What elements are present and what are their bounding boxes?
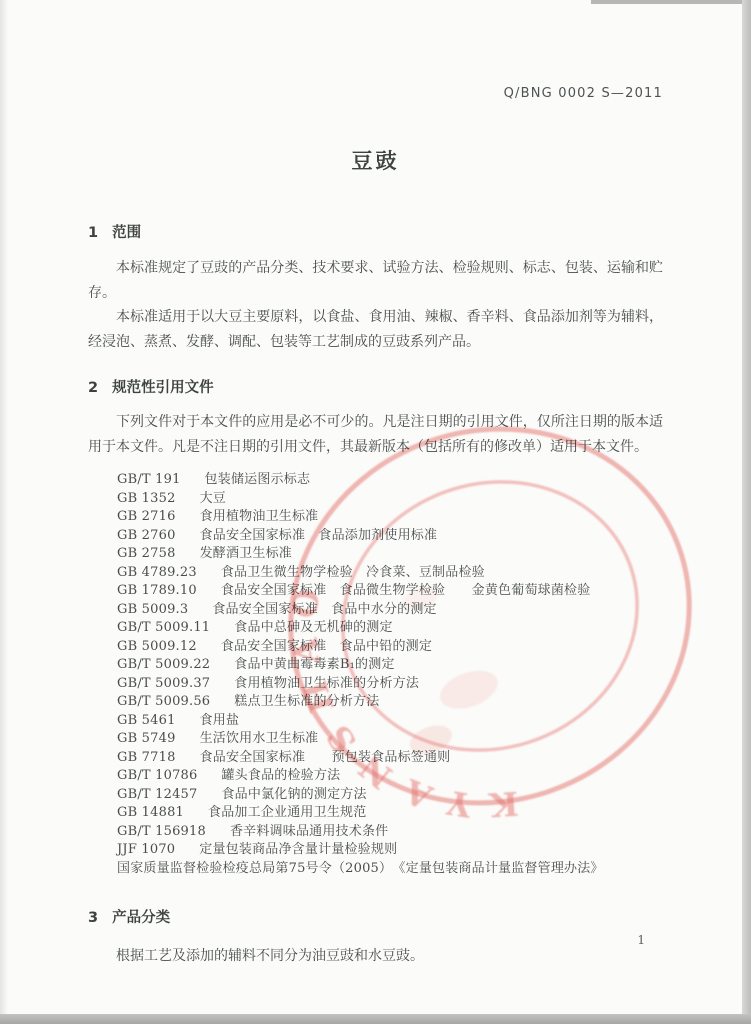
reference-title: 大豆: [200, 491, 226, 506]
section-1-paragraph-1: 本标准规定了豆豉的产品分类、技术要求、试验方法、检验规则、标志、包装、运输和贮存…: [88, 256, 663, 305]
normative-references-list: GB/T 191包装储运图示标志 GB 1352大豆 GB 2716食用植物油卫…: [117, 471, 663, 878]
section-3-label: 产品分类: [112, 910, 170, 926]
reference-title: 食品中总砷及无机砷的测定: [234, 620, 392, 635]
reference-code: GB/T 5009.11: [117, 620, 210, 635]
standard-code: Q/BNG 0002 S—2011: [88, 86, 663, 101]
reference-item: GB/T 156918香辛料调味品通用技术条件: [117, 823, 663, 842]
reference-code: GB/T 12457: [117, 787, 197, 802]
reference-code: GB 1789.10: [117, 583, 197, 598]
page-number: 1: [637, 933, 645, 947]
reference-title: 罐头食品的检验方法: [221, 768, 340, 783]
reference-item: GB/T 5009.11食品中总砷及无机砷的测定: [117, 619, 663, 638]
reference-code: GB 7718: [117, 750, 176, 765]
reference-title: 糕点卫生标准的分析方法: [234, 694, 379, 709]
reference-title: 发酵酒卫生标准: [200, 546, 292, 561]
section-2-paragraph-1: 下列文件对于本文件的应用是必不可少的。凡是注日期的引用文件，仅所注日期的版本适用…: [88, 410, 663, 459]
reference-code: JJF 1070: [117, 842, 175, 857]
reference-title: 生活饮用水卫生标准: [200, 731, 319, 746]
reference-item: GB 1352大豆: [117, 490, 663, 509]
reference-item: GB/T 12457食品中氯化钠的测定方法: [117, 786, 663, 805]
section-3-heading: 3产品分类: [88, 906, 663, 927]
reference-item: GB/T 5009.37食用植物油卫生标准的分析方法: [117, 675, 663, 694]
reference-item: GB 2760食品安全国家标准 食品添加剂使用标准: [117, 527, 663, 546]
reference-item: GB/T 5009.22食品中黄曲霉毒素B₁的测定: [117, 656, 663, 675]
page-content: Q/BNG 0002 S—2011 豆豉 1范围 本标准规定了豆豉的产品分类、技…: [0, 0, 751, 1024]
reference-title: 食用盐: [200, 713, 240, 728]
reference-code: GB/T 5009.56: [117, 694, 210, 709]
scan-edge-top-right: [591, 0, 751, 4]
scan-edge-right: [742, 0, 751, 1024]
reference-title: 食品安全国家标准 食品中铅的测定: [221, 639, 432, 654]
reference-title: 食品安全国家标准 食品微生物学检验 金黄色葡萄球菌检验: [221, 583, 591, 598]
reference-code: GB 2760: [117, 528, 176, 543]
reference-title: 食品安全国家标准 食品添加剂使用标准: [200, 528, 438, 543]
reference-item: GB 14881食品加工企业通用卫生规范: [117, 804, 663, 823]
reference-code: GB 4789.23: [117, 565, 197, 580]
reference-item: GB 2716食用植物油卫生标准: [117, 508, 663, 527]
reference-item: 国家质量监督检验检疫总局第75号令（2005） 《定量包装商品计量监督管理办法》: [117, 860, 663, 879]
section-1-label: 范围: [112, 225, 141, 241]
reference-code: GB 14881: [117, 805, 184, 820]
reference-code: GB/T 10786: [117, 768, 197, 783]
reference-code: GB 1352: [117, 491, 176, 506]
reference-item: GB 4789.23食品卫生微生物学检验 冷食菜、豆制品检验: [117, 564, 663, 583]
reference-code: GB/T 191: [117, 472, 181, 487]
reference-title: 食品加工企业通用卫生规范: [208, 805, 366, 820]
reference-title: 食用植物油卫生标准: [200, 509, 319, 524]
reference-title: 食品中氯化钠的测定方法: [221, 787, 366, 802]
reference-item: JJF 1070定量包装商品净含量计量检验规则: [117, 841, 663, 860]
reference-title: 食品卫生微生物学检验 冷食菜、豆制品检验: [221, 565, 485, 580]
reference-item: GB/T 10786罐头食品的检验方法: [117, 767, 663, 786]
section-1-heading: 1范围: [88, 221, 663, 242]
reference-item: GB 5749生活饮用水卫生标准: [117, 730, 663, 749]
reference-code: GB 2758: [117, 546, 176, 561]
reference-title: 香辛料调味品通用技术条件: [230, 824, 388, 839]
reference-title: 定量包装商品净含量计量检验规则: [199, 842, 397, 857]
reference-item: GB 5461食用盐: [117, 712, 663, 731]
reference-code: GB/T 156918: [117, 824, 206, 839]
reference-title: 食品中黄曲霉毒素B₁的测定: [234, 657, 394, 672]
reference-code: GB 2716: [117, 509, 176, 524]
reference-item: GB/T 191包装储运图示标志: [117, 471, 663, 490]
section-3-number: 3: [88, 910, 98, 926]
reference-title: 食品安全国家标准 食品中水分的测定: [212, 602, 436, 617]
section-1-number: 1: [88, 225, 98, 241]
reference-code: GB 5461: [117, 713, 176, 728]
section-2-label: 规范性引用文件: [112, 380, 214, 396]
reference-code: GB 5009.12: [117, 639, 197, 654]
document-title: 豆豉: [88, 145, 663, 175]
reference-item: GB 7718食品安全国家标准 预包装食品标签通则: [117, 749, 663, 768]
reference-item: GB/T 5009.56糕点卫生标准的分析方法: [117, 693, 663, 712]
section-2-number: 2: [88, 380, 98, 396]
section-1-paragraph-2: 本标准适用于以大豆主要原料，以食盐、食用油、辣椒、香辛料、食品添加剂等为辅料，经…: [88, 305, 663, 354]
scan-edge-bottom: [0, 1014, 751, 1024]
reference-code: GB 5009.3: [117, 602, 188, 617]
reference-item: GB 5009.3食品安全国家标准 食品中水分的测定: [117, 601, 663, 620]
scan-edge-left: [0, 0, 8, 1024]
reference-code: GB/T 5009.22: [117, 657, 210, 672]
reference-item: GB 5009.12食品安全国家标准 食品中铅的测定: [117, 638, 663, 657]
reference-code: GB 5749: [117, 731, 176, 746]
reference-item: GB 1789.10食品安全国家标准 食品微生物学检验 金黄色葡萄球菌检验: [117, 582, 663, 601]
reference-title: 食用植物油卫生标准的分析方法: [234, 676, 419, 691]
reference-title: 包装储运图示标志: [205, 472, 311, 487]
reference-code: GB/T 5009.37: [117, 676, 210, 691]
reference-title: 食品安全国家标准 预包装食品标签通则: [200, 750, 451, 765]
section-3-paragraph-1: 根据工艺及添加的辅料不同分为油豆豉和水豆豉。: [88, 944, 663, 969]
reference-item: GB 2758发酵酒卫生标准: [117, 545, 663, 564]
reference-title: 国家质量监督检验检疫总局第75号令（2005） 《定量包装商品计量监督管理办法》: [117, 861, 604, 876]
section-2-heading: 2规范性引用文件: [88, 376, 663, 397]
